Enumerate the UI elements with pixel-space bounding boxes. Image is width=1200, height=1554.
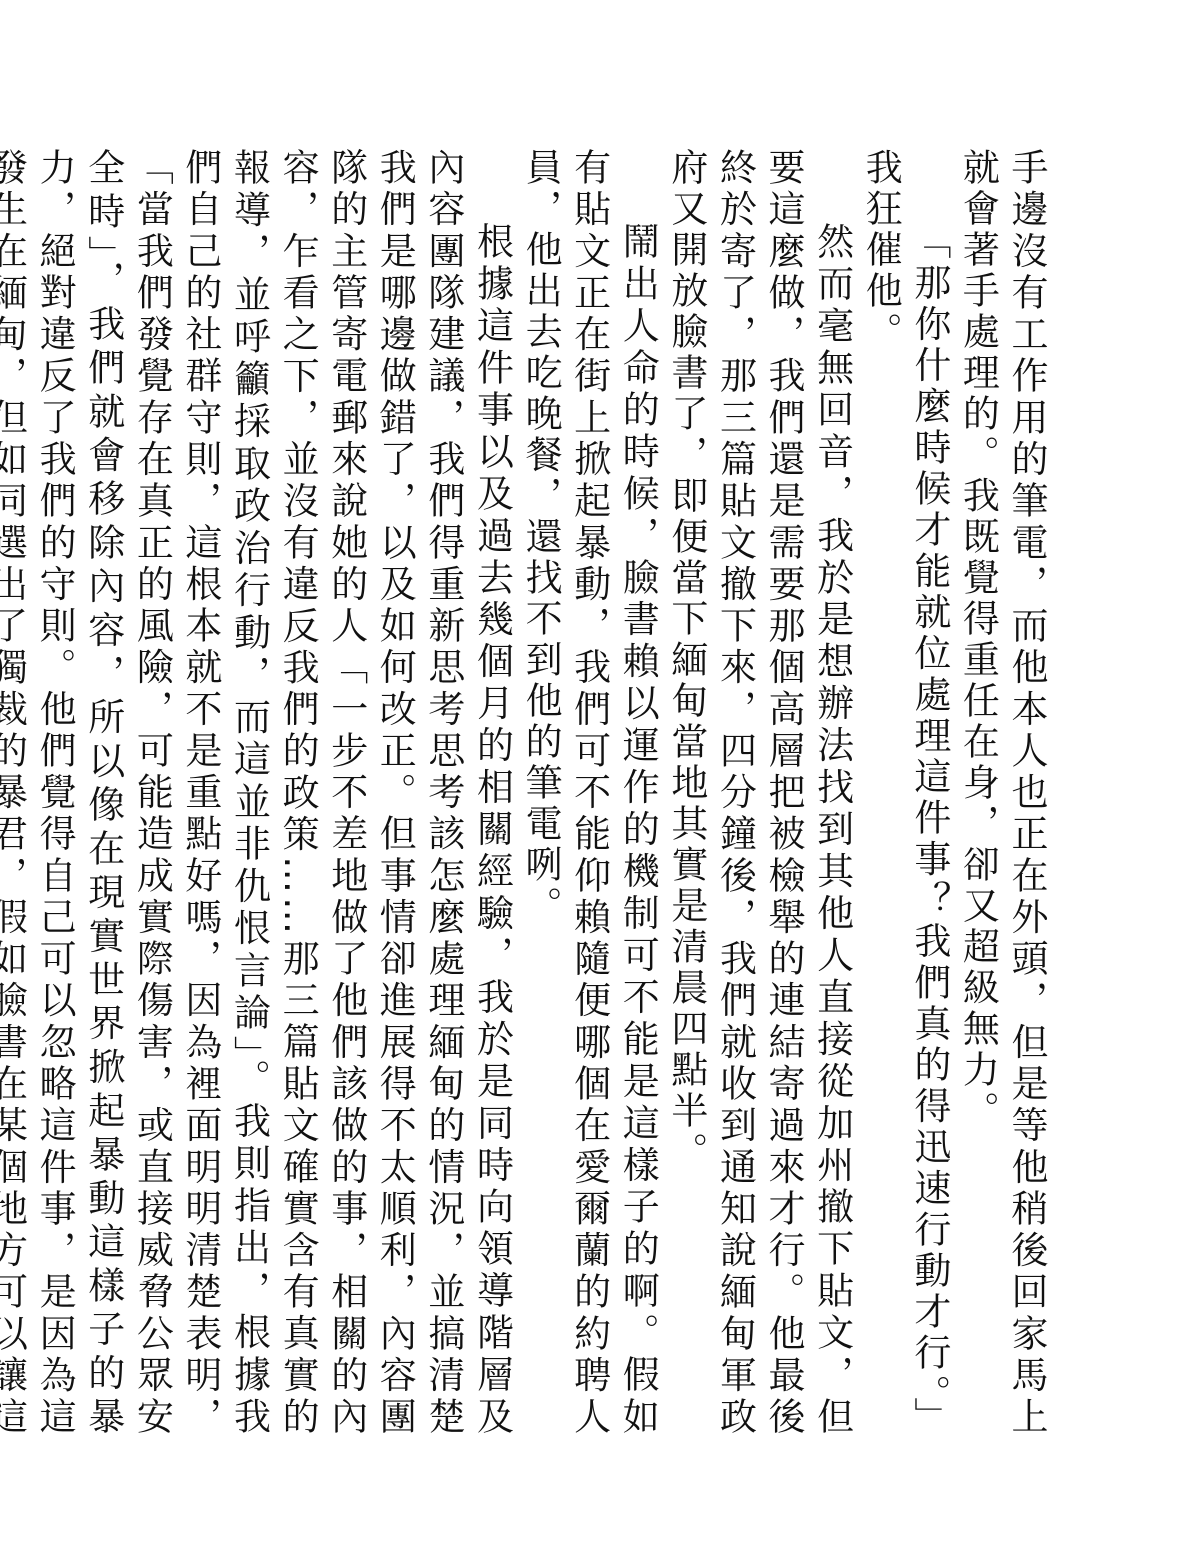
- vertical-text-page: 手邊沒有工作用的筆電，而他本人也正在外頭，但是等他稍後回家馬上就會著手處理的。我…: [0, 148, 1050, 1438]
- paragraph: 鬧出人命的時候，臉書賴以運作的機制可不能是這樣子的啊。假如有貼文正在街上掀起暴動…: [515, 148, 661, 1438]
- paragraph: 「那你什麼時候才能就位處理這件事？我們真的得迅速行動才行。」我狂催他。: [856, 148, 953, 1438]
- paragraph: 然而毫無回音，我於是想辦法找到其他人直接從加州撤下貼文，但要這麼做，我們還是需要…: [661, 148, 855, 1438]
- paragraph: 根據這件事以及過去幾個月的相關經驗，我於是同時向領導階層及內容團隊建議，我們得重…: [0, 148, 515, 1438]
- paragraph: 手邊沒有工作用的筆電，而他本人也正在外頭，但是等他稍後回家馬上就會著手處理的。我…: [953, 148, 1050, 1438]
